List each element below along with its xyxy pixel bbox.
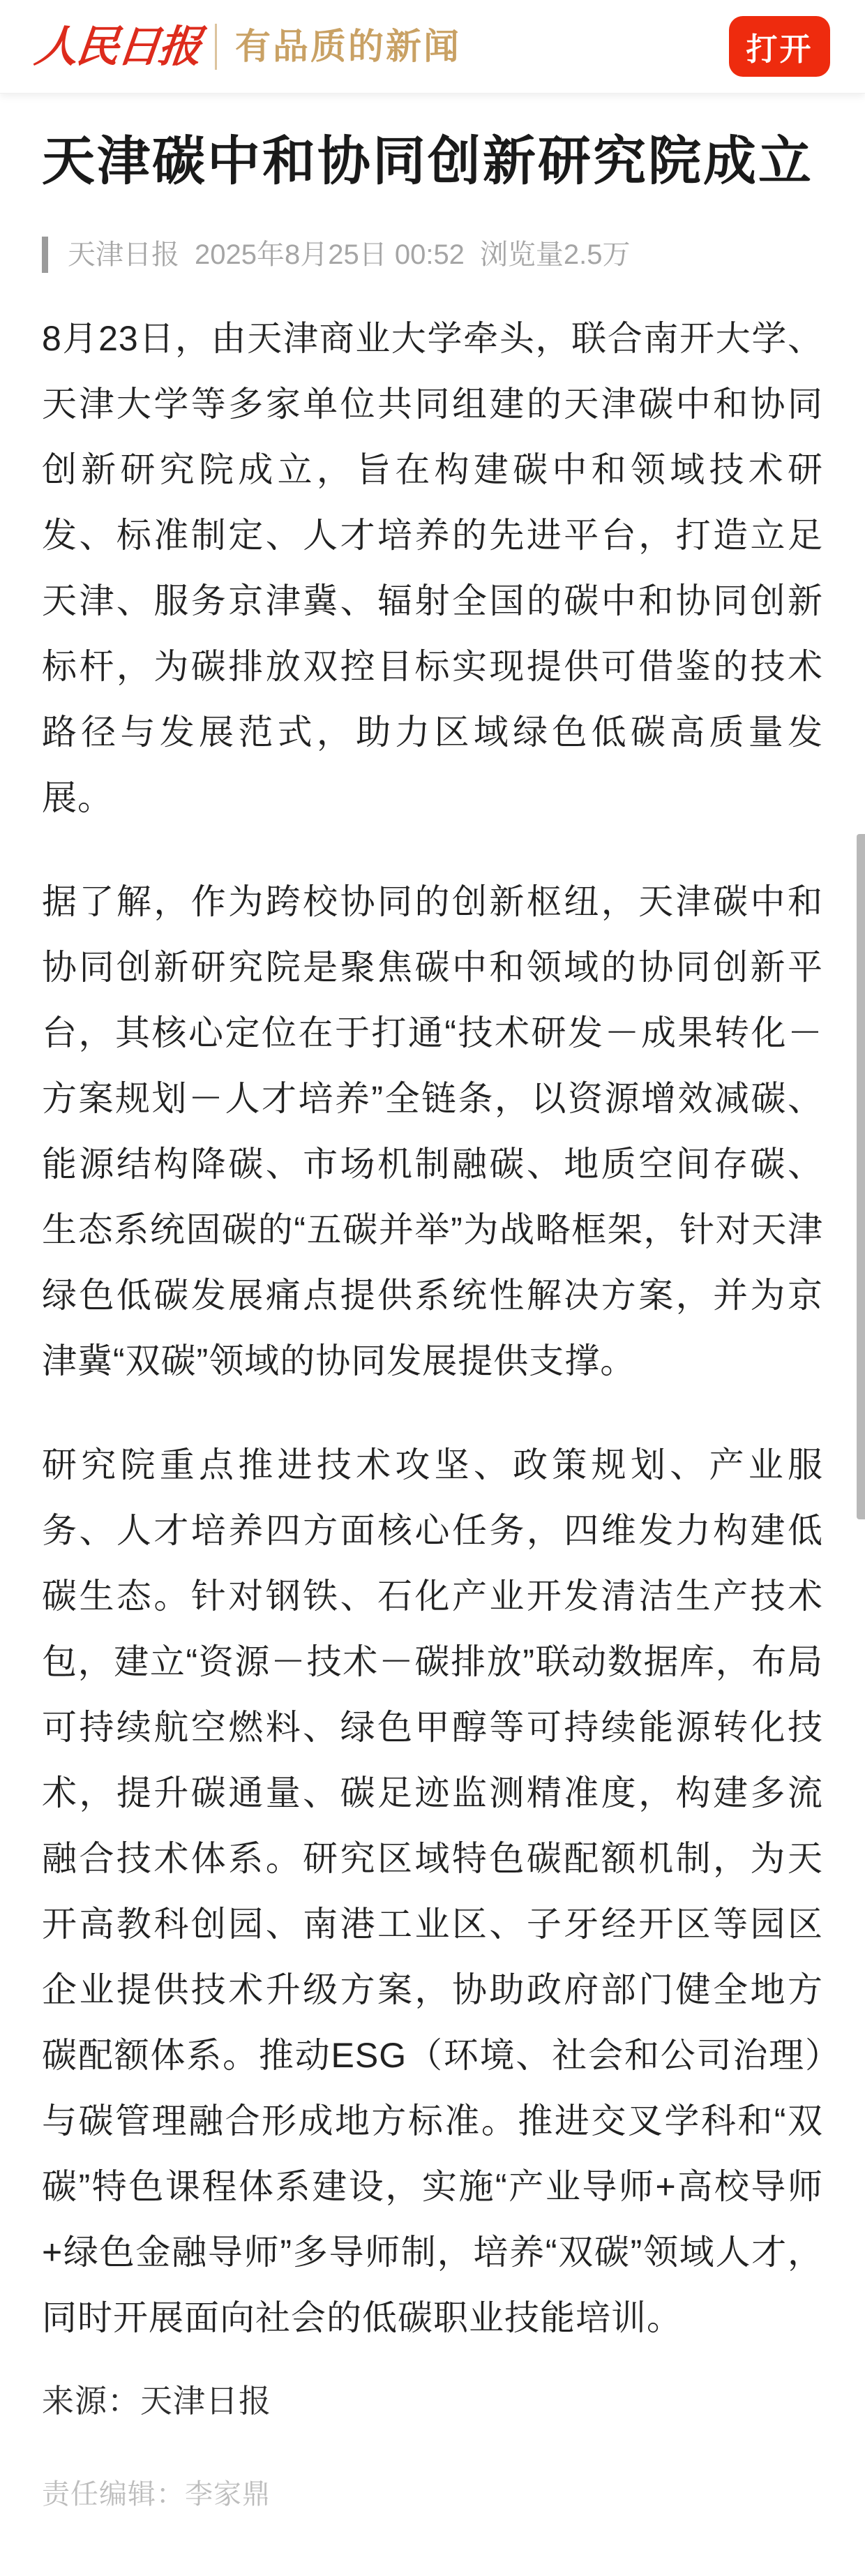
app-header: 人民日报 有品质的新闻 打开 <box>0 0 865 94</box>
header-divider <box>215 24 217 70</box>
article-paragraph: 研究院重点推进技术攻坚、政策规划、产业服务、人才培养四方面核心任务，四维发力构建… <box>42 1432 823 2351</box>
open-app-button[interactable]: 打开 <box>729 16 830 77</box>
article-editor-line: 责任编辑：李家鼎 <box>42 2476 823 2512</box>
article-source-line: 来源：天津日报 <box>42 2380 823 2422</box>
article-title: 天津碳中和协同创新研究院成立 <box>42 128 823 195</box>
meta-view-count: 浏览量2.5万 <box>480 236 631 274</box>
scrollbar-thumb[interactable] <box>857 834 865 1519</box>
meta-datetime: 2025年8月25日 00:52 <box>195 236 465 274</box>
article-paragraph: 8月23日，由天津商业大学牵头，联合南开大学、天津大学等多家单位共同组建的天津碳… <box>42 306 823 831</box>
article-container: 天津碳中和协同创新研究院成立 天津日报 2025年8月25日 00:52 浏览量… <box>0 128 865 2512</box>
header-tagline: 有品质的新闻 <box>235 29 461 64</box>
meta-accent-bar <box>42 237 48 273</box>
news-article-page: 人民日报 有品质的新闻 打开 天津碳中和协同创新研究院成立 天津日报 2025年… <box>0 0 865 2576</box>
article-meta: 天津日报 2025年8月25日 00:52 浏览量2.5万 <box>42 236 823 274</box>
meta-source: 天津日报 <box>68 236 179 274</box>
article-body: 8月23日，由天津商业大学牵头，联合南开大学、天津大学等多家单位共同组建的天津碳… <box>42 306 823 2351</box>
peoples-daily-logo: 人民日报 <box>33 25 202 68</box>
article-paragraph: 据了解，作为跨校协同的创新枢纽，天津碳中和协同创新研究院是聚焦碳中和领域的协同创… <box>42 869 823 1394</box>
